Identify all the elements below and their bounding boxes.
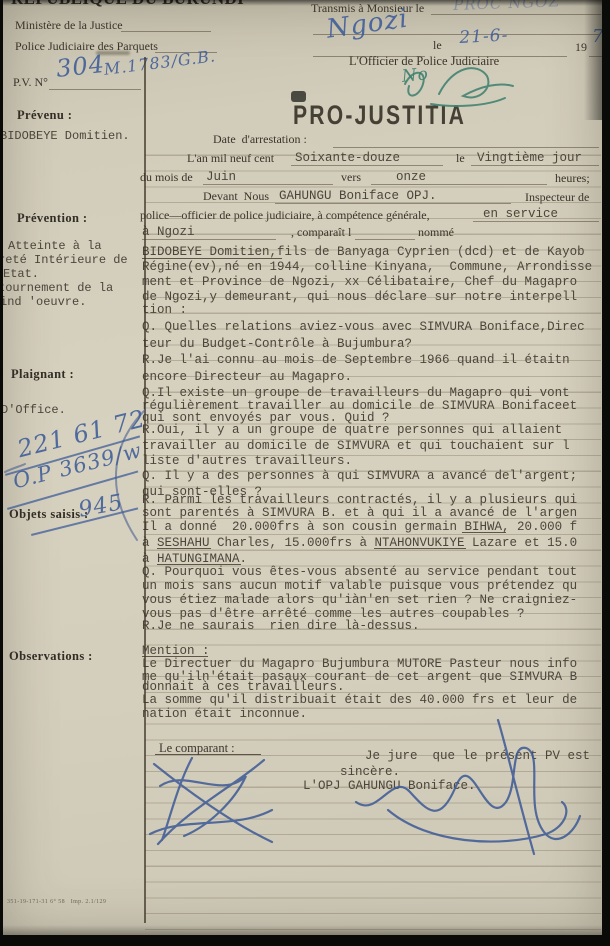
transmis-dest-handwritten: PROC NGOZ — [453, 0, 560, 13]
police-line: Police Judiciaire des Parquets — [15, 40, 158, 52]
objets-label: Objets saisis : — [9, 508, 89, 521]
prevention-line-3: Etat. — [3, 268, 39, 280]
prevention-line-4: tournement de la — [3, 282, 113, 294]
date-handwritten: 21-6- — [459, 27, 509, 47]
observations-label: Observations : — [9, 650, 93, 663]
transmis-blank — [431, 14, 601, 15]
prevention-label: Prévention : — [17, 212, 87, 225]
office-value: D'Office. — [3, 404, 66, 416]
form-code: 351-19-171-31 6° 58 Imp. 2.1/129 — [7, 899, 106, 905]
corner-shadow — [584, 0, 602, 120]
officer-stamp-scribble — [395, 58, 520, 110]
le-date-label: le — [433, 39, 442, 51]
prevention-line-1: Atteinte à la — [8, 240, 102, 252]
pv-label: P.V. N° — [13, 76, 48, 88]
prevenu-value: BIDOBEYE Domitien. — [3, 130, 130, 142]
prevention-line-2: reté Intérieure de — [3, 254, 128, 266]
plaignant-label: Plaignant : — [11, 368, 74, 381]
prevenu-label: Prévenu : — [17, 109, 72, 122]
pv-number-handwritten: 304 — [55, 52, 106, 81]
pv-blank — [49, 89, 141, 90]
document-photo: RÉPUBLIQUE DU BURUNDIMinistère de la Jus… — [0, 0, 610, 946]
comparant-signature — [138, 742, 288, 850]
paper-sheet: RÉPUBLIQUE DU BURUNDIMinistère de la Jus… — [3, 0, 602, 935]
prevention-line-5: ind 'oeuvre. — [3, 296, 86, 308]
photo-blotch — [291, 91, 306, 102]
republic-title: RÉPUBLIQUE DU BURUNDI — [11, 0, 244, 7]
ministry-blank — [121, 31, 211, 32]
opj-signature — [348, 712, 588, 862]
ministry-line: Ministère de la Justice — [15, 19, 123, 31]
